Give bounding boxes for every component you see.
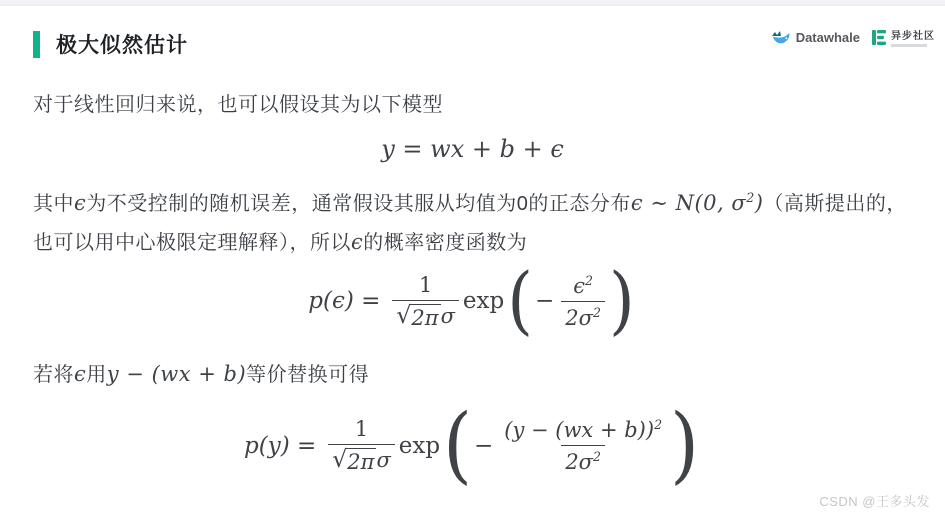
title-accent-bar (33, 31, 40, 58)
formula3-exp: exp (399, 433, 440, 459)
formula3-lhs: p(y) = (244, 433, 316, 459)
datawhale-label: Datawhale (796, 30, 860, 45)
formula2-exponent-fraction: ϵ2 2σ2 (561, 273, 605, 330)
formula-linear-model-text: y = wx + b + ϵ (381, 135, 564, 163)
para2-math-epsilon: ϵ (74, 191, 86, 215)
partner-logo-subline (891, 44, 927, 47)
formula2-left-paren: ( (507, 270, 533, 333)
para2-text: 其中 (33, 193, 74, 215)
formula-linear-model: y = wx + b + ϵ (0, 130, 945, 168)
para3-math-substitute: y − (wx + b) (107, 362, 246, 386)
sqrt-2pi: √ 2π (396, 304, 440, 330)
datawhale-logo: Datawhale (771, 29, 860, 45)
logo-group: Datawhale 异步社区 (771, 27, 935, 47)
para3-text: 若将 (33, 364, 74, 386)
whale-icon (771, 29, 791, 45)
para3-text: 等价替换可得 (246, 364, 369, 386)
formula3-left-paren: ( (443, 410, 472, 480)
top-strip (0, 0, 945, 6)
formula3-minus: − (474, 433, 493, 459)
paragraph-1: 对于线性回归来说，也可以假设其为以下模型 (33, 88, 443, 117)
formula3-right-paren: ) (670, 410, 699, 480)
formula2-minus: − (535, 288, 554, 314)
paragraph-2: 其中ϵ为不受控制的随机误差，通常假设其服从均值为0的正态分布ϵ ∼ N(0, σ… (33, 179, 915, 262)
formula2-coefficient-fraction: 1 √ 2π σ (392, 273, 459, 330)
watermark: CSDN @王多头发 (819, 491, 930, 510)
para2-text: 的概率密度函数为 (363, 232, 527, 254)
formula3-coefficient-fraction: 1 √ 2π σ (328, 417, 395, 474)
formula2-lhs: p(ϵ) = (308, 288, 380, 314)
para2-text: 为不受控制的随机误差，通常假设其服从均值为0的正态分布 (86, 193, 631, 215)
para3-text: 用 (86, 364, 107, 386)
partner-logo-label: 异步社区 (891, 27, 935, 42)
page-title: 极大似然估计 (56, 29, 188, 59)
para2-math-epsilon: ϵ (351, 230, 363, 254)
slide-header: 极大似然估计 (33, 29, 188, 59)
para2-math-normal-dist: ϵ ∼ N(0, σ2) (631, 191, 764, 215)
partner-logo-icon (872, 29, 887, 46)
sqrt-2pi: √ 2π (332, 448, 376, 474)
formula3-exponent-fraction: (y − (wx + b))2 2σ2 (500, 417, 666, 474)
formula-pdf-epsilon: p(ϵ) = 1 √ 2π σ exp ( − ϵ2 2σ2 ) (0, 256, 945, 346)
paragraph-3: 若将ϵ用y − (wx + b)等价替换可得 (33, 358, 369, 387)
formula2-exp: exp (463, 288, 504, 314)
partner-logo: 异步社区 (872, 27, 935, 47)
para3-math-epsilon: ϵ (74, 362, 86, 386)
formula2-right-paren: ) (609, 270, 635, 333)
formula-pdf-y: p(y) = 1 √ 2π σ exp ( − (y − (wx + b))2 … (0, 398, 945, 493)
